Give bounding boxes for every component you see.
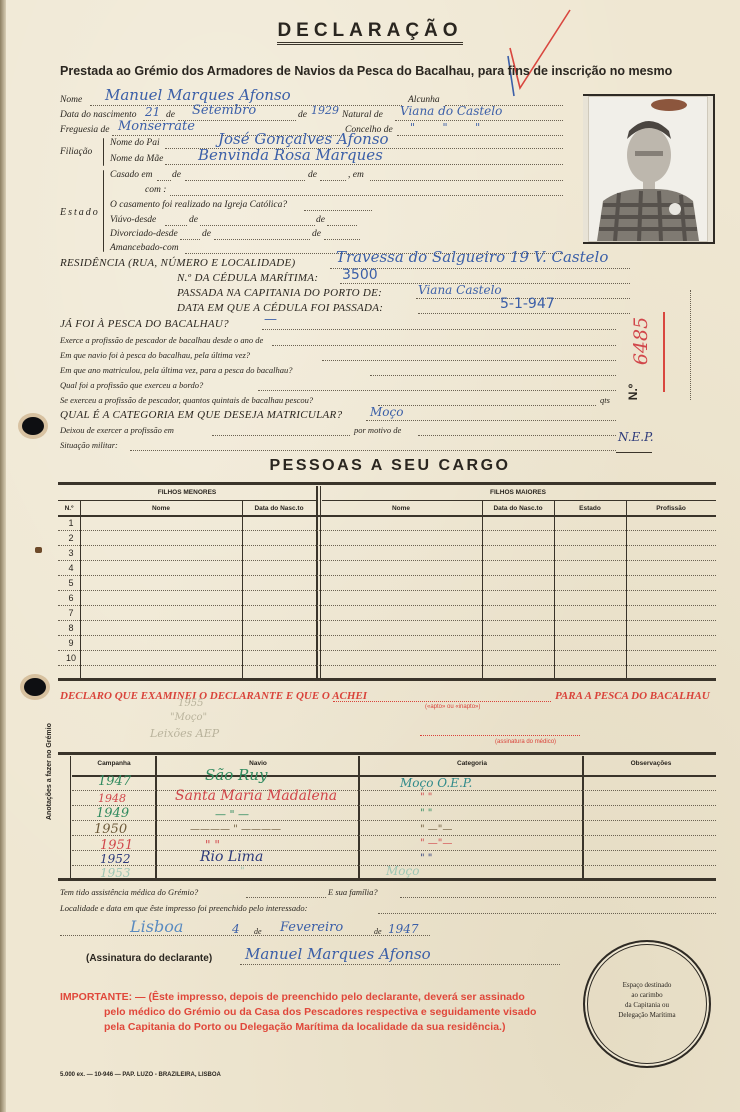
stamp-text: da Capitania ou	[585, 1000, 709, 1010]
table-row: 9	[62, 638, 80, 648]
categoria-label: QUAL É A CATEGORIA EM QUE DESEJA MATRICU…	[60, 409, 342, 421]
data-cedula-field[interactable]: 5-1-947	[500, 296, 555, 312]
important-notice: IMPORTANTE: — (Êste impresso, depois de …	[60, 990, 572, 1035]
table-row: 2	[62, 533, 80, 543]
table-row: 10	[62, 653, 80, 663]
assinatura-field[interactable]: Manuel Marques Afonso	[245, 945, 431, 963]
mae-label: Nome da Mãe	[110, 154, 163, 164]
navio-label: Em que navio foi à pesca do bacalhau, pe…	[60, 350, 250, 360]
localidade-label: Localidade e data em que êste impresso f…	[60, 903, 307, 913]
col-campanha-header: Campanha	[72, 760, 156, 767]
stamp-text: ao carimbo	[585, 990, 709, 1000]
exerce-label: Exerce a profissão de pescador de bacalh…	[60, 335, 263, 345]
viuvo-label: Viúvo-desde	[110, 215, 156, 225]
campanha-cell[interactable]: 1948	[98, 792, 126, 805]
nascimento-day-field[interactable]: 21	[145, 105, 160, 119]
navio-cell[interactable]: São Ruy	[205, 766, 267, 784]
nome-field[interactable]: Manuel Marques Afonso	[105, 86, 291, 104]
de-label: de	[254, 927, 262, 936]
categoria-cell[interactable]: Moço O.E.P.	[400, 776, 472, 790]
ja-foi-label: JÁ FOI À PESCA DO BACALHAU?	[60, 318, 229, 330]
freguesia-field[interactable]: Monserrate	[118, 119, 195, 134]
freguesia-label: Freguesia de	[60, 125, 110, 135]
dia-field[interactable]: 4	[232, 922, 240, 936]
categoria-cell[interactable]: " —"—	[420, 838, 452, 849]
registration-number: N.º 6485	[645, 300, 675, 410]
categoria-cell[interactable]: " —"—	[420, 824, 452, 835]
natural-field[interactable]: Viana do Castelo	[400, 104, 502, 118]
campanha-cell[interactable]: 1947	[98, 774, 131, 789]
medico-declaro-text: DECLARO QUE EXAMINEI O DECLARANTE E QUE …	[60, 690, 367, 702]
number-label: N.º	[626, 384, 640, 400]
campanha-cell[interactable]: 1953	[100, 866, 131, 880]
navio-cell[interactable]: Rio Lima	[200, 849, 263, 865]
campanha-cell[interactable]: 1952	[100, 852, 131, 866]
data-cedula-label: DATA EM QUE A CÉDULA FOI PASSADA:	[177, 302, 383, 314]
amancebado-label: Amancebado-com	[110, 243, 179, 253]
de-label: de	[312, 229, 321, 239]
categoria-cell[interactable]: " "	[420, 792, 432, 803]
col-nome-header: Nome	[80, 505, 242, 512]
categoria-cell[interactable]: " "	[420, 808, 432, 819]
de-label: de	[189, 215, 198, 225]
categoria-field[interactable]: Moço	[370, 405, 403, 419]
local-field[interactable]: Lisboa	[130, 917, 183, 936]
ano-field[interactable]: 1947	[388, 922, 419, 936]
estado-label: Estado	[60, 207, 100, 218]
printer-footer: 5.000 ex. — 10-946 — PAP. LUZO - BRAZILE…	[60, 1072, 221, 1078]
militar-label: Situação militar:	[60, 440, 118, 450]
categoria-cell[interactable]: Moço	[386, 864, 419, 878]
nome-label: Nome	[60, 95, 82, 105]
de-label: de	[316, 215, 325, 225]
filhos-menores-title: FILHOS MENORES	[58, 489, 316, 496]
stamp-area: Espaço destinado ao carimbo da Capitania…	[583, 940, 711, 1068]
navio-cell[interactable]: — " —	[215, 808, 249, 821]
col-categoria-header: Categoria	[362, 760, 582, 767]
pencil-note: 1955	[178, 698, 203, 709]
stamp-text: Delegação Marítima	[585, 1010, 709, 1020]
nascimento-month-field[interactable]: Setembro	[192, 103, 256, 118]
document-title: DECLARAÇÃO	[0, 20, 740, 42]
de-label: de	[172, 170, 181, 180]
categoria-cell[interactable]: " "	[420, 853, 432, 864]
portrait-photo	[588, 96, 708, 242]
profissao-bordo-label: Qual foi a profissão que exerceu a bordo…	[60, 380, 203, 390]
casado-label: Casado em	[110, 170, 153, 180]
col-observacoes-header: Observações	[586, 760, 716, 767]
nascimento-year-field[interactable]: 1929	[311, 104, 339, 117]
filiacao-label: Filiação	[60, 147, 92, 157]
concelho-field[interactable]: " " "	[410, 121, 492, 134]
binding-hole	[24, 678, 46, 696]
col-num-header: N.º	[58, 505, 80, 512]
declaration-form-page: DECLARAÇÃO Prestada ao Grémio dos Armado…	[0, 0, 740, 1112]
natural-label: Natural de	[342, 110, 383, 120]
table-row: 6	[62, 593, 80, 603]
mae-field[interactable]: Benvinda Rosa Marques	[198, 146, 383, 164]
stamp-text: Espaço destinado	[585, 980, 709, 990]
important-line: pelo médico do Grémio ou da Casa dos Pes…	[60, 1005, 572, 1020]
motivo-label: por motivo de	[354, 425, 401, 435]
de-label: de	[298, 110, 307, 120]
col-estado-header: Estado	[554, 505, 626, 512]
binding-hole	[22, 417, 44, 435]
col-nasc-header: Data do Nasc.to	[242, 505, 316, 512]
campanha-cell[interactable]: 1951	[100, 838, 133, 853]
cedula-label: N.º DA CÉDULA MARÍTIMA:	[177, 272, 318, 284]
number-field[interactable]: 6485	[630, 317, 652, 365]
important-line: IMPORTANTE: — (Êste impresso, depois de …	[60, 990, 572, 1005]
de-label: de	[202, 229, 211, 239]
pencil-note: Leixões AEP	[150, 727, 219, 740]
important-line: pela Capitania do Porto ou Delegação Mar…	[60, 1020, 572, 1035]
militar-field[interactable]: N.E.P.	[618, 430, 654, 444]
col-nasc2-header: Data do Nasc.to	[482, 505, 554, 512]
mes-field[interactable]: Fevereiro	[280, 920, 343, 935]
table-row: 4	[62, 563, 80, 573]
table-row: 1	[62, 518, 80, 528]
de-label: de	[308, 170, 317, 180]
igreja-label: O casamento foi realizado na Igreja Cató…	[110, 200, 287, 210]
assinatura-label: (Assinatura do declarante)	[86, 953, 212, 964]
residencia-field[interactable]: Travessa do Salgueiro 19 V. Castelo	[336, 248, 608, 266]
deixou-label: Deixou de exercer a profissão em	[60, 425, 174, 435]
divorciado-label: Divorciado-desde	[110, 229, 178, 239]
assinatura-medico-hint: (assinatura do médico)	[495, 739, 556, 745]
com-label: com :	[145, 185, 166, 195]
stain	[35, 547, 42, 553]
ano-matricula-label: Em que ano matriculou, pela última vez, …	[60, 365, 293, 375]
col-profissao-header: Profissão	[626, 505, 716, 512]
capitania-label: PASSADA NA CAPITANIA DO PORTO DE:	[177, 287, 382, 299]
pai-label: Nome do Pai	[110, 138, 160, 148]
table-row: 5	[62, 578, 80, 588]
em-label: , em	[348, 170, 364, 180]
ja-foi-field[interactable]: —	[264, 312, 277, 327]
de-label: de	[374, 927, 382, 936]
filhos-maiores-title: FILHOS MAIORES	[320, 489, 716, 496]
table-row: 7	[62, 608, 80, 618]
table-row: 3	[62, 548, 80, 558]
navio-cell[interactable]: ———— " ————	[190, 824, 281, 835]
pessoas-section-title: PESSOAS A SEU CARGO	[0, 457, 740, 475]
quintais-unit: qts	[600, 395, 610, 405]
navio-cell[interactable]: "	[240, 866, 245, 877]
residencia-label: RESIDÊNCIA (RUA, NÚMERO E LOCALIDADE)	[60, 257, 295, 269]
campanha-cell[interactable]: 1949	[96, 806, 129, 821]
page-edge	[0, 0, 6, 1112]
assistencia-label: Tem tido assistência médica do Grémio?	[60, 887, 198, 897]
capitania-field[interactable]: Viana Castelo	[418, 283, 502, 297]
cedula-field[interactable]: 3500	[342, 267, 378, 283]
table-row: 8	[62, 623, 80, 633]
navio-cell[interactable]: Santa Maria Madalena	[175, 788, 337, 804]
document-subtitle: Prestada ao Grémio dos Armadores de Navi…	[60, 64, 672, 78]
anotacoes-side-label: Anotações a fazer no Grémio	[46, 723, 53, 820]
apto-hint: («apto» ou «inapto»)	[425, 704, 480, 710]
pencil-note: "Moço"	[170, 712, 207, 723]
quintais-label: Se exerceu a profissão de pescador, quan…	[60, 395, 313, 405]
col-nome2-header: Nome	[320, 505, 482, 512]
familia-label: E sua família?	[328, 887, 378, 897]
campanha-cell[interactable]: 1950	[94, 822, 127, 837]
medico-para-text: PARA A PESCA DO BACALHAU	[555, 690, 710, 702]
